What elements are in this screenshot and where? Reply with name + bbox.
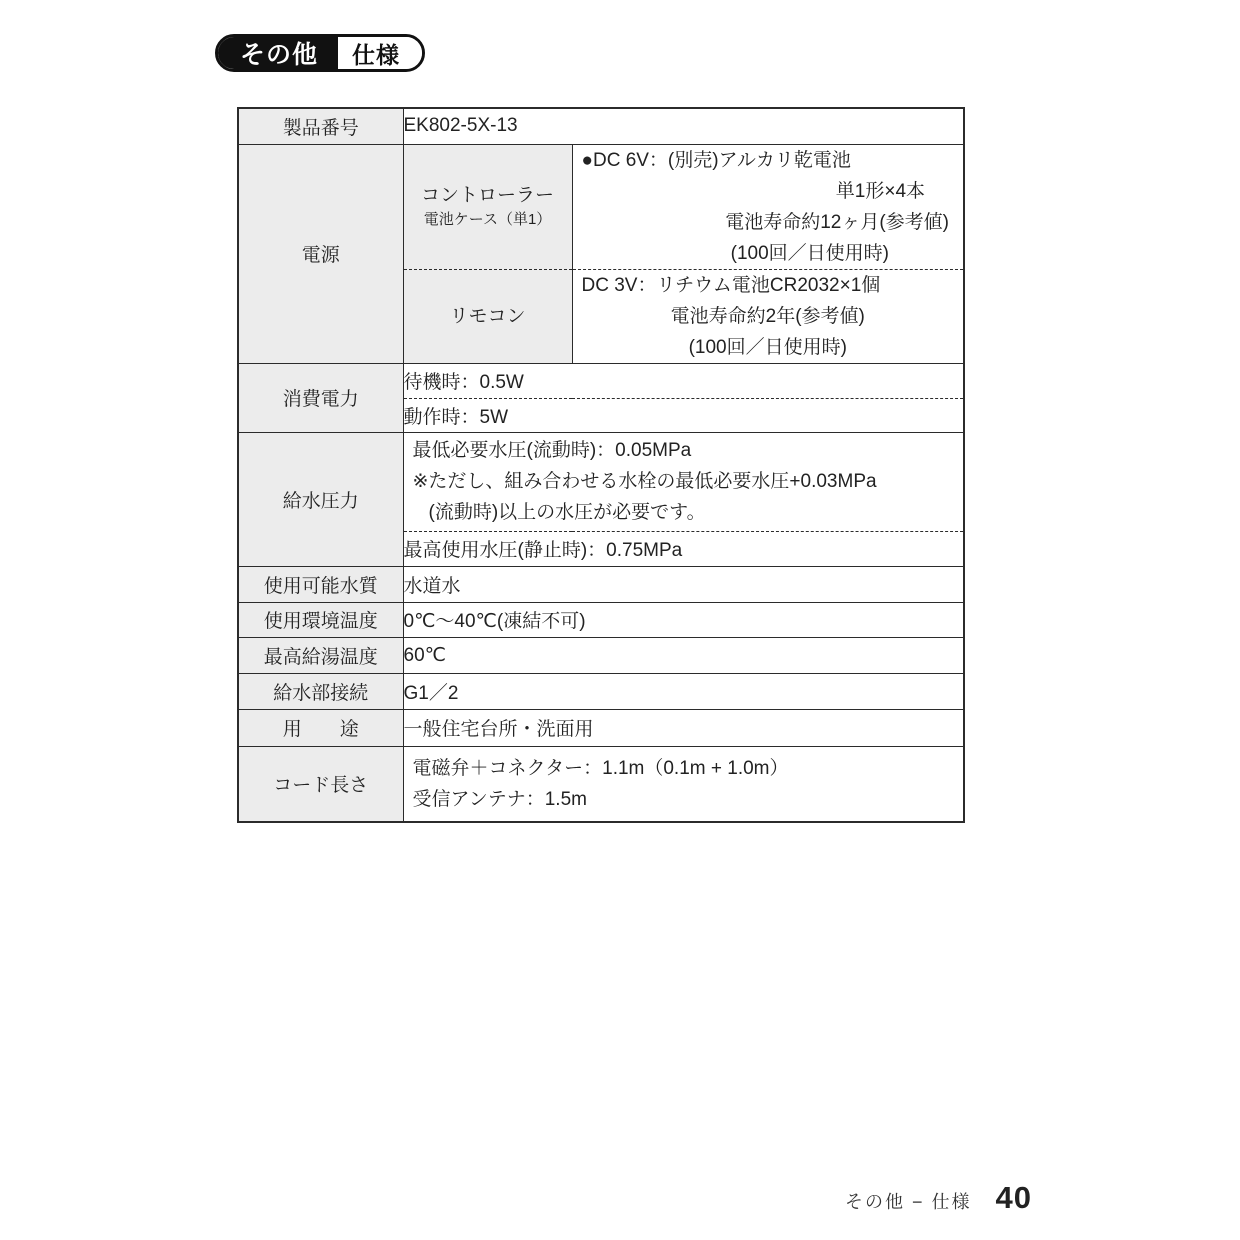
- cell-power-controller-label: コントローラー 電池ケース（単1）: [403, 144, 572, 269]
- table-row: 給水部接続 G1／2: [238, 673, 964, 709]
- water-pressure-line: ※ただし、組み合わせる水栓の最低必要水圧+0.03MPa: [404, 466, 964, 497]
- cell-max-hot-water-temperature-value: 60℃: [403, 637, 964, 673]
- table-row: 最高給湯温度 60℃: [238, 637, 964, 673]
- remote-value-line: (100回／日使用時): [573, 332, 964, 363]
- table-row: 電源 コントローラー 電池ケース（単1） ●DC 6V：(別売)アルカリ乾電池 …: [238, 144, 964, 269]
- row-label-ambient-temperature: 使用環境温度: [238, 602, 403, 637]
- table-row: 消費電力 待機時：0.5W: [238, 363, 964, 398]
- row-label-power-consumption: 消費電力: [238, 363, 403, 432]
- table-row: 使用環境温度 0℃～40℃(凍結不可): [238, 602, 964, 637]
- page-footer: その他 − 仕様 40: [845, 1180, 1032, 1216]
- controller-value-line: ●DC 6V：(別売)アルカリ乾電池: [573, 145, 964, 176]
- cell-power-remote-value: DC 3V：リチウム電池CR2032×1個 電池寿命約2年(参考値) (100回…: [572, 269, 964, 363]
- footer-page-number: 40: [996, 1180, 1032, 1216]
- page-title-badge: その他 仕様: [215, 34, 425, 72]
- table-row: コード長さ 電磁弁＋コネクター：1.1m（0.1m + 1.0m） 受信アンテナ…: [238, 746, 964, 822]
- cord-length-line: 受信アンテナ：1.5m: [404, 784, 964, 815]
- water-pressure-line: 最低必要水圧(流動時)：0.05MPa: [404, 435, 964, 466]
- water-pressure-line: (流動時)以上の水圧が必要です。: [404, 497, 964, 528]
- cord-length-line: 電磁弁＋コネクター：1.1m（0.1m + 1.0m）: [404, 753, 964, 784]
- cell-application-value: 一般住宅台所・洗面用: [403, 709, 964, 746]
- controller-value-line: (100回／日使用時): [573, 238, 964, 269]
- cell-power-controller-value: ●DC 6V：(別売)アルカリ乾電池 単1形×4本 電池寿命約12ヶ月(参考値)…: [572, 144, 964, 269]
- cell-operating-power: 動作時：5W: [403, 398, 964, 432]
- controller-value-line: 電池寿命約12ヶ月(参考値): [573, 207, 964, 238]
- remote-value-line: DC 3V：リチウム電池CR2032×1個: [573, 270, 964, 301]
- table-row: 用 途 一般住宅台所・洗面用: [238, 709, 964, 746]
- row-label-water-pressure: 給水圧力: [238, 432, 403, 566]
- cell-cord-length-value: 電磁弁＋コネクター：1.1m（0.1m + 1.0m） 受信アンテナ：1.5m: [403, 746, 964, 822]
- row-label-usable-water: 使用可能水質: [238, 566, 403, 602]
- manual-page: その他 仕様 製品番号 EK802-5X-13 電源 コントローラ: [0, 0, 1240, 1240]
- row-label-cord-length: コード長さ: [238, 746, 403, 822]
- cell-water-pressure-max: 最高使用水圧(静止時)：0.75MPa: [403, 531, 964, 566]
- remote-name: リモコン: [404, 303, 572, 330]
- cell-product-number-value: EK802-5X-13: [403, 108, 964, 144]
- section-label: 仕様: [338, 37, 422, 69]
- table-row: 給水圧力 最低必要水圧(流動時)：0.05MPa ※ただし、組み合わせる水栓の最…: [238, 432, 964, 531]
- cell-usable-water-value: 水道水: [403, 566, 964, 602]
- table-row: 製品番号 EK802-5X-13: [238, 108, 964, 144]
- cell-standby-power: 待機時：0.5W: [403, 363, 964, 398]
- category-label: その他: [218, 37, 338, 69]
- row-label-max-hot-water-temperature: 最高給湯温度: [238, 637, 403, 673]
- spec-table: 製品番号 EK802-5X-13 電源 コントローラー 電池ケース（単1） ●D…: [237, 107, 965, 823]
- cell-power-remote-label: リモコン: [403, 269, 572, 363]
- row-label-water-supply-connection: 給水部接続: [238, 673, 403, 709]
- cell-ambient-temperature-value: 0℃～40℃(凍結不可): [403, 602, 964, 637]
- spec-table-container: 製品番号 EK802-5X-13 電源 コントローラー 電池ケース（単1） ●D…: [237, 107, 965, 823]
- controller-name-sub: 電池ケース（単1）: [404, 209, 572, 231]
- row-label-product-number: 製品番号: [238, 108, 403, 144]
- cell-water-supply-connection-value: G1／2: [403, 673, 964, 709]
- table-row: 使用可能水質 水道水: [238, 566, 964, 602]
- row-label-application: 用 途: [238, 709, 403, 746]
- remote-value-line: 電池寿命約2年(参考値): [573, 301, 964, 332]
- cell-water-pressure-min: 最低必要水圧(流動時)：0.05MPa ※ただし、組み合わせる水栓の最低必要水圧…: [403, 432, 964, 531]
- row-label-power: 電源: [238, 144, 403, 363]
- controller-name: コントローラー: [404, 182, 572, 209]
- controller-value-line: 単1形×4本: [573, 176, 964, 207]
- footer-breadcrumb: その他 − 仕様: [845, 1188, 972, 1214]
